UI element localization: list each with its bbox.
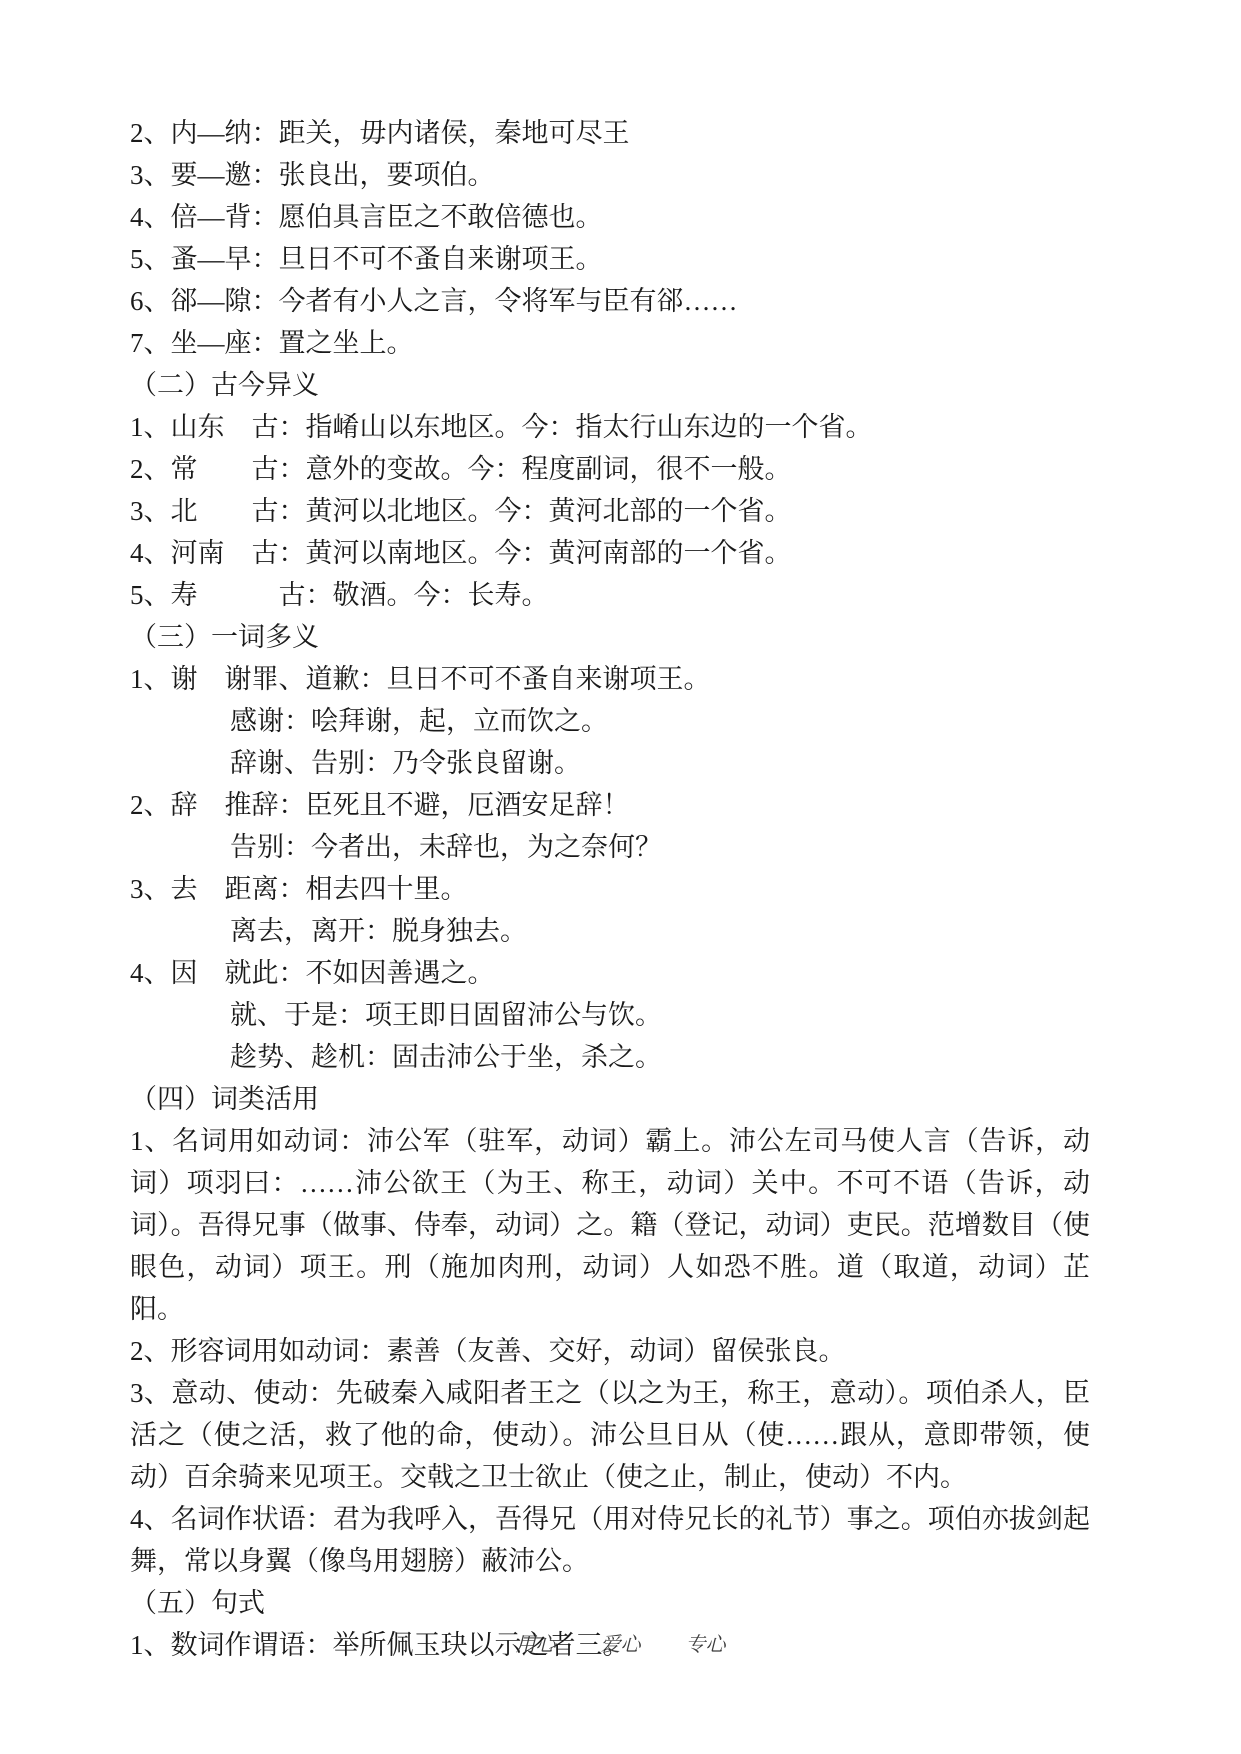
footer-word: 专心 [686, 1634, 726, 1656]
text-line: 4、河南 古：黄河以南地区。今：黄河南部的一个省。 [130, 532, 1090, 574]
text-line: 辞谢、告别：乃令张良留谢。 [130, 742, 1090, 784]
section-heading: （四）词类活用 [130, 1078, 1090, 1120]
section-heading: （三）一词多义 [130, 616, 1090, 658]
text-line: 7、坐—座：置之坐上。 [130, 322, 1090, 364]
paragraph: 2、形容词用如动词：素善（友善、交好，动词）留侯张良。 [130, 1330, 1090, 1372]
text-line: 告别：今者出，未辞也，为之奈何？ [130, 826, 1090, 868]
text-line: 1、山东 古：指崤山以东地区。今：指太行山东边的一个省。 [130, 406, 1090, 448]
paragraph: 1、名词用如动词：沛公军（驻军，动词）霸上。沛公左司马使人言（告诉，动词）项羽曰… [130, 1120, 1090, 1330]
footer-word: 爱心 [601, 1634, 641, 1656]
paragraph: 3、意动、使动：先破秦入咸阳者王之（以之为王，称王，意动）。项伯杀人，臣活之（使… [130, 1372, 1090, 1498]
text-line: 趁势、趁机：固击沛公于坐，杀之。 [130, 1036, 1090, 1078]
text-line: 1、谢 谢罪、道歉：旦日不可不蚤自来谢项王。 [130, 658, 1090, 700]
document-section: 2、内—纳：距关，毋内诸侯，秦地可尽王3、要—邀：张良出，要项伯。4、倍—背：愿… [130, 112, 1090, 364]
section-heading: （五）句式 [130, 1582, 1090, 1624]
text-line: 3、要—邀：张良出，要项伯。 [130, 154, 1090, 196]
text-line: 5、寿 古：敬酒。今：长寿。 [130, 574, 1090, 616]
footer-word: 用心 [516, 1634, 556, 1656]
text-line: 3、去 距离：相去四十里。 [130, 868, 1090, 910]
text-line: 4、因 就此：不如因善遇之。 [130, 952, 1090, 994]
text-line: 离去，离开：脱身独去。 [130, 910, 1090, 952]
page-footer: 用心爱心专心 [0, 1624, 1241, 1666]
document-section: （三）一词多义1、谢 谢罪、道歉：旦日不可不蚤自来谢项王。感谢：哙拜谢，起，立而… [130, 616, 1090, 1078]
document-section: （二）古今异义1、山东 古：指崤山以东地区。今：指太行山东边的一个省。2、常 古… [130, 364, 1090, 616]
document-content: 2、内—纳：距关，毋内诸侯，秦地可尽王3、要—邀：张良出，要项伯。4、倍—背：愿… [130, 112, 1090, 1666]
text-line: 6、郤—隙：今者有小人之言，令将军与臣有郤…… [130, 280, 1090, 322]
document-section: （四）词类活用1、名词用如动词：沛公军（驻军，动词）霸上。沛公左司马使人言（告诉… [130, 1078, 1090, 1582]
text-line: 就、于是：项王即日固留沛公与饮。 [130, 994, 1090, 1036]
text-line: 2、辞 推辞：臣死且不避，厄酒安足辞！ [130, 784, 1090, 826]
text-line: 2、内—纳：距关，毋内诸侯，秦地可尽王 [130, 112, 1090, 154]
text-line: 感谢：哙拜谢，起，立而饮之。 [130, 700, 1090, 742]
text-line: 5、蚤—早：旦日不可不蚤自来谢项王。 [130, 238, 1090, 280]
text-line: 2、常 古：意外的变故。今：程度副词，很不一般。 [130, 448, 1090, 490]
document-page: 2、内—纳：距关，毋内诸侯，秦地可尽王3、要—邀：张良出，要项伯。4、倍—背：愿… [0, 0, 1241, 1754]
section-heading: （二）古今异义 [130, 364, 1090, 406]
text-line: 3、北 古：黄河以北地区。今：黄河北部的一个省。 [130, 490, 1090, 532]
paragraph: 4、名词作状语：君为我呼入，吾得兄（用对侍兄长的礼节）事之。项伯亦拔剑起舞，常以… [130, 1498, 1090, 1582]
text-line: 4、倍—背：愿伯具言臣之不敢倍德也。 [130, 196, 1090, 238]
